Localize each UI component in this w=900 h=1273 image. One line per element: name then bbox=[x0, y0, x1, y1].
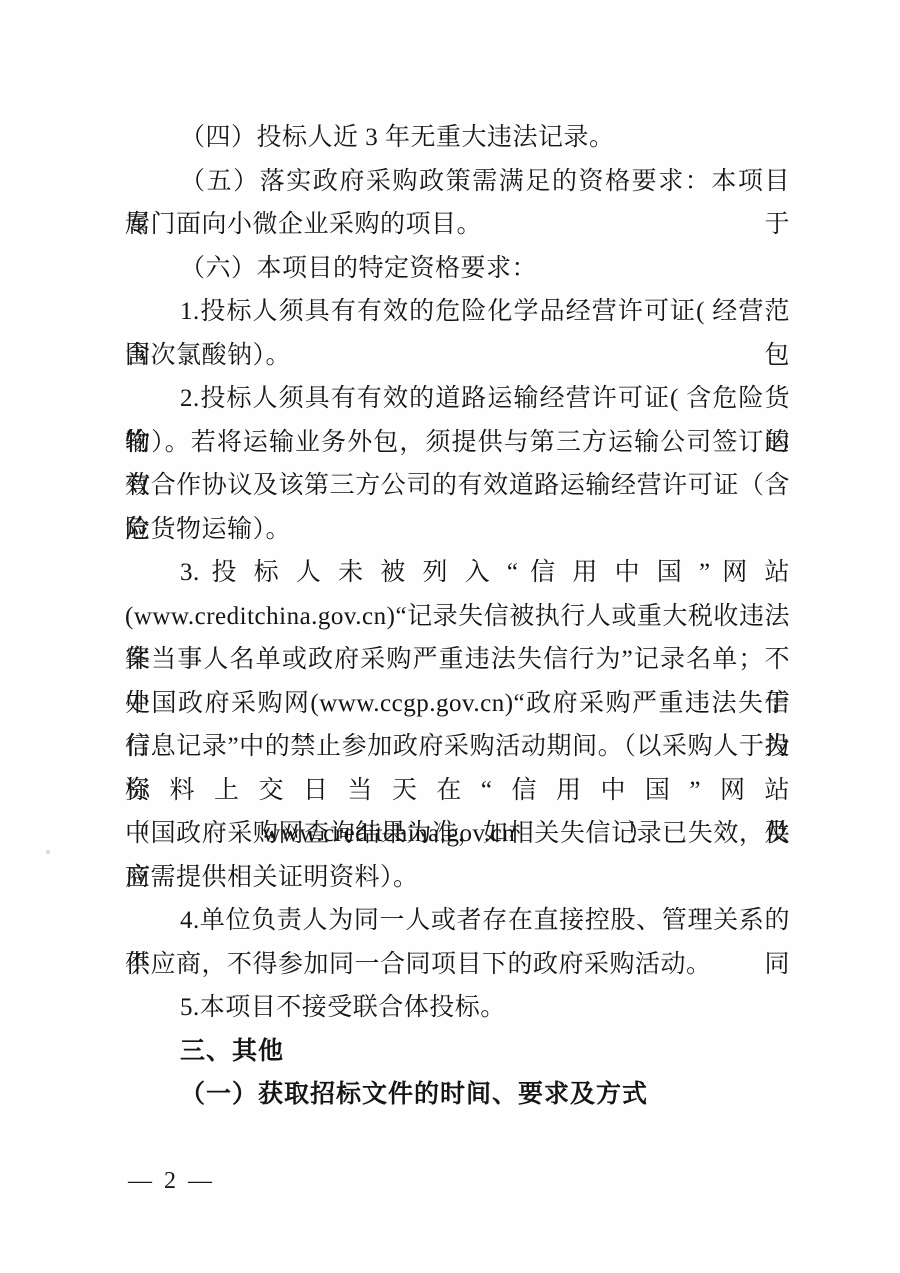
page-number: — 2 — bbox=[128, 1168, 215, 1194]
text-line: 2.投标人须具有有效的道路运输经营许可证( 含危险货物运 bbox=[125, 377, 790, 421]
text-line: 供应商，不得参加同一合同项目下的政府采购活动。 bbox=[125, 943, 790, 987]
text-line: 输）。若将运输业务外包，须提供与第三方运输公司签订的有 bbox=[125, 421, 790, 465]
text-line: 商需提供相关证明资料）。 bbox=[125, 856, 790, 900]
text-line: 险货物运输）。 bbox=[125, 508, 790, 552]
text-line: 中国政府采购网查询结果为准，如相关失信记录已失效，供应 bbox=[125, 812, 790, 856]
text-line: （五）落实政府采购政策需满足的资格要求：本项目属于 bbox=[125, 160, 790, 204]
scan-artifact-dot bbox=[46, 850, 50, 854]
text-line: 1.投标人须具有有效的危险化学品经营许可证( 经营范围包 bbox=[125, 290, 790, 334]
text-line: 件当事人名单或政府采购严重违法失信行为”记录名单；不处于 bbox=[125, 638, 790, 682]
text-line: （一）获取招标文件的时间、要求及方式 bbox=[125, 1073, 790, 1117]
text-line: (www.creditchina.gov.cn)“记录失信被执行人或重大税收违法… bbox=[125, 595, 790, 639]
text-line: 3. 投 标 人 未 被 列 入 “ 信 用 中 国 ” 网 站 bbox=[125, 551, 790, 595]
document-page: （四）投标人近 3 年无重大违法记录。（五）落实政府采购政策需满足的资格要求：本… bbox=[0, 0, 900, 1273]
text-line: （四）投标人近 3 年无重大违法记录。 bbox=[125, 116, 790, 160]
text-line: 信息记录”中的禁止参加政府采购活动期间。（以采购人于投标 bbox=[125, 725, 790, 769]
text-line: 资料上交日当天在“信用中国”网站（www.creditchina.gov.cn）… bbox=[125, 769, 790, 813]
text-line: 5.本项目不接受联合体投标。 bbox=[125, 986, 790, 1030]
text-line: 三、其他 bbox=[125, 1030, 790, 1074]
page-footer: — 2 — bbox=[128, 1168, 215, 1195]
text-line: 效合作协议及该第三方公司的有效道路运输经营许可证（含危 bbox=[125, 464, 790, 508]
document-body: （四）投标人近 3 年无重大违法记录。（五）落实政府采购政策需满足的资格要求：本… bbox=[125, 116, 790, 1117]
text-line: 中国政府采购网(www.ccgp.gov.cn)“政府采购严重违法失信行为 bbox=[125, 682, 790, 726]
text-line: （六）本项目的特定资格要求： bbox=[125, 247, 790, 291]
text-line: 4.单位负责人为同一人或者存在直接控股、管理关系的不同 bbox=[125, 899, 790, 943]
